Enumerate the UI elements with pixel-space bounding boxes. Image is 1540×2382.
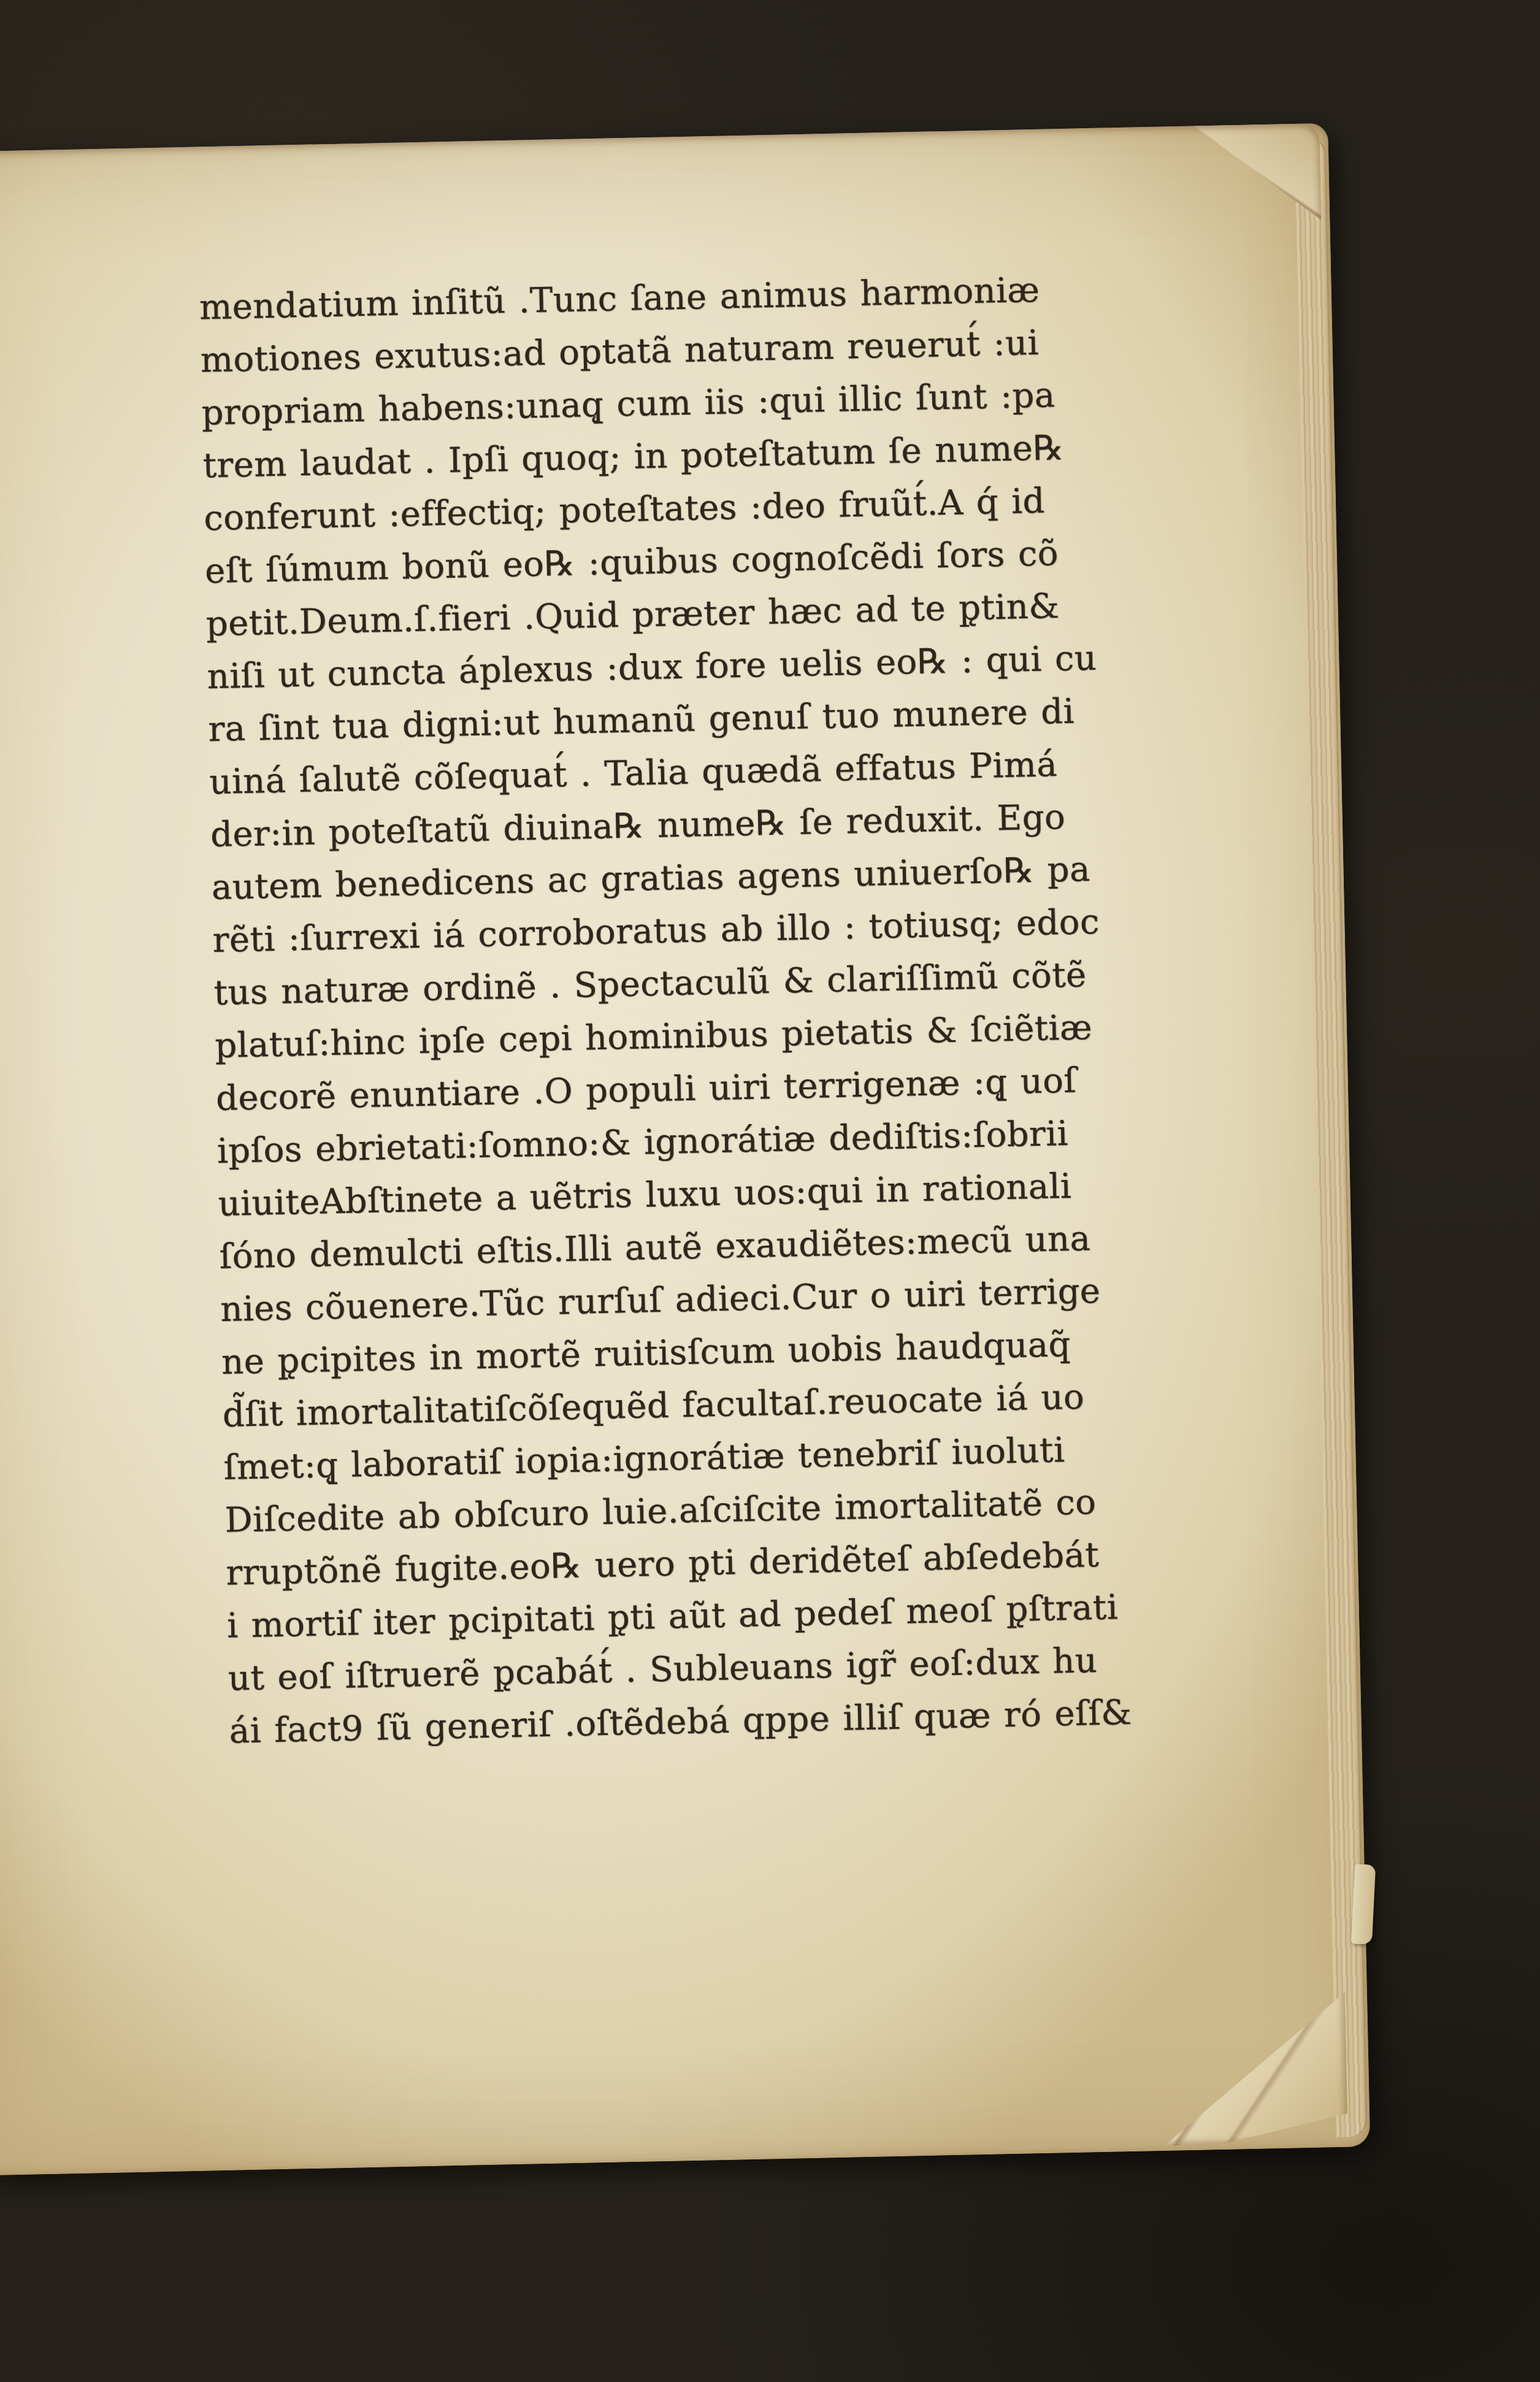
page-text-block: mendatium inſitũ .Tunc ſane animus harmo…: [199, 262, 1169, 1758]
page-fore-edge: [1295, 137, 1368, 2137]
book-page: mendatium inſitũ .Tunc ſane animus harmo…: [0, 123, 1370, 2176]
photo-background: { "scene": { "description": "Photograph …: [0, 0, 1540, 2382]
page-corner-dogear-bottom-right: [1161, 1983, 1348, 2146]
underleaf-flap: [1351, 1864, 1376, 1945]
